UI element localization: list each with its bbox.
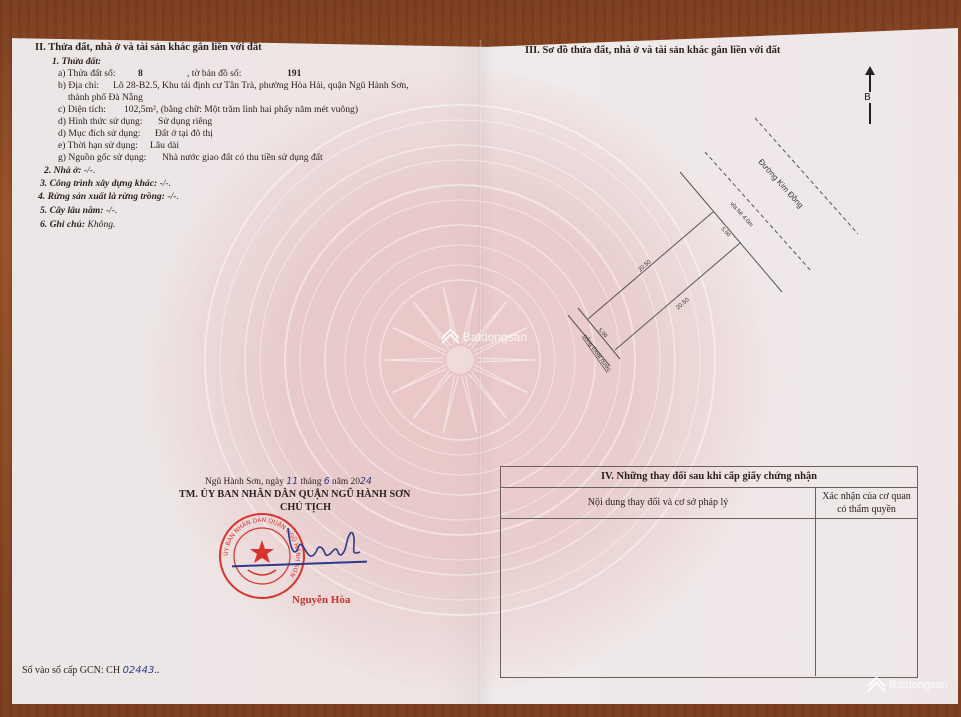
- register-value: 02443: [123, 665, 155, 676]
- origin-value: Nhà nước giao đất có thu tiền sử dụng đấ…: [162, 152, 323, 164]
- section-ii-title: II. Thửa đất, nhà ở và tài sản khác gắn …: [35, 42, 262, 54]
- parcel-label: a) Thửa đất số:: [58, 68, 116, 80]
- other-item-value: -/-.: [84, 165, 95, 176]
- place-date: Ngũ Hành Sơn, ngày 11 tháng 6 năm 2024: [205, 476, 372, 488]
- other-item-label: 6. Ghi chú:: [40, 219, 87, 230]
- use-form-value: Sử dụng riêng: [158, 116, 212, 128]
- changes-table: IV. Những thay đổi sau khi cấp giấy chứn…: [500, 466, 918, 678]
- other-item-label: 3. Công trình xây dựng khác:: [40, 178, 160, 189]
- drain-label: cống thoát nước: [581, 334, 611, 373]
- front-width-label: 5.00: [720, 226, 732, 238]
- map-label: , tờ bản đồ số:: [187, 68, 241, 80]
- place-date-prefix: Ngũ Hành Sơn, ngày: [205, 477, 284, 487]
- section-iii-title: III. Sơ đồ thửa đất, nhà ở và tài sản kh…: [525, 45, 780, 57]
- purpose-value: Đất ở tại đô thị: [155, 128, 213, 140]
- left-side-label: 20.50: [637, 259, 653, 274]
- watermark-brand: Batdongsan: [889, 679, 948, 691]
- other-item-value: -/-.: [167, 191, 178, 202]
- map-number: 191: [287, 68, 301, 80]
- batdongsan-logo-icon: [442, 330, 460, 344]
- land-plot-diagram: Đường Kim Đồng vỉa hè 4.0m 5.00 20.50 20…: [560, 110, 900, 370]
- other-item-value: -/-.: [160, 178, 171, 189]
- other-item-row: 3. Công trình xây dựng khác: -/-.: [40, 178, 171, 190]
- street-label: Đường Kim Đồng: [757, 157, 806, 210]
- col-change-content: Nội dung thay đổi và cơ sở pháp lý: [501, 488, 816, 518]
- other-item-label: 4. Rừng sản xuất là rừng trồng:: [38, 191, 167, 202]
- address-line-1: Lô 28-B2.5, Khu tái định cư Tân Trà, phư…: [113, 80, 409, 92]
- other-item-label: 2. Nhà ở:: [44, 165, 84, 176]
- parcel-number: 8: [138, 68, 143, 80]
- change-content-cell: [501, 519, 816, 676]
- address-line-2: thành phố Đà Nẵng: [68, 92, 143, 104]
- register-label: Số vào sổ cấp GCN: CH: [22, 665, 120, 676]
- area-label: c) Diện tích:: [58, 104, 106, 116]
- date-month: 6: [324, 476, 330, 487]
- confirmation-cell: [816, 519, 917, 676]
- batdongsan-logo-icon: [868, 678, 886, 692]
- sidewalk-label: vỉa hè 4.0m: [729, 201, 755, 229]
- other-item-row: 4. Rừng sản xuất là rừng trồng: -/-.: [38, 191, 179, 203]
- changes-table-header-row: Nội dung thay đổi và cơ sở pháp lý Xác n…: [501, 488, 917, 519]
- register-number: Số vào sổ cấp GCN: CH 02443..: [22, 665, 159, 677]
- other-item-label: 5. Cây lâu năm:: [40, 205, 106, 216]
- changes-table-body: [501, 519, 917, 676]
- year-label: năm 20: [332, 477, 360, 487]
- purpose-label: d) Mục đích sử dụng:: [58, 128, 140, 140]
- month-label: tháng: [301, 477, 322, 487]
- handwritten-signature: [280, 518, 370, 578]
- use-form-label: d) Hình thức sử dụng:: [58, 116, 142, 128]
- col2-line1: Xác nhận của cơ quan: [816, 490, 917, 503]
- page-fold: [479, 40, 482, 704]
- origin-label: g) Nguồn gốc sử dụng:: [58, 152, 146, 164]
- other-item-value: Không.: [87, 219, 115, 230]
- north-label: B: [864, 92, 871, 103]
- other-item-row: 6. Ghi chú: Không.: [40, 219, 115, 231]
- col2-line2: có thẩm quyền: [816, 503, 917, 516]
- land-heading: 1. Thửa đất:: [52, 56, 101, 68]
- date-year: 24: [360, 476, 372, 487]
- watermark-center: Batdongsan: [442, 330, 527, 344]
- authority: TM. ỦY BAN NHÂN DÂN QUẬN NGŨ HÀNH SƠN: [179, 489, 410, 501]
- watermark-corner: Batdongsan: [868, 678, 948, 692]
- right-side-label: 20.50: [675, 297, 691, 312]
- col-authority-confirmation: Xác nhận của cơ quan có thẩm quyền: [816, 488, 917, 518]
- other-item-row: 2. Nhà ở: -/-.: [44, 165, 95, 177]
- signer-name: Nguyễn Hòa: [292, 594, 350, 606]
- watermark-brand: Batdongsan: [463, 330, 527, 344]
- term-value: Lâu dài: [150, 140, 179, 152]
- address-label: b) Địa chỉ:: [58, 80, 99, 92]
- other-item-value: -/-.: [106, 205, 117, 216]
- area-value: 102,5m², (bằng chữ: Một trăm linh hai ph…: [124, 104, 358, 116]
- date-day: 11: [286, 476, 298, 487]
- term-label: e) Thời hạn sử dụng:: [58, 140, 138, 152]
- other-item-row: 5. Cây lâu năm: -/-.: [40, 205, 117, 217]
- changes-table-title: IV. Những thay đổi sau khi cấp giấy chứn…: [501, 467, 917, 488]
